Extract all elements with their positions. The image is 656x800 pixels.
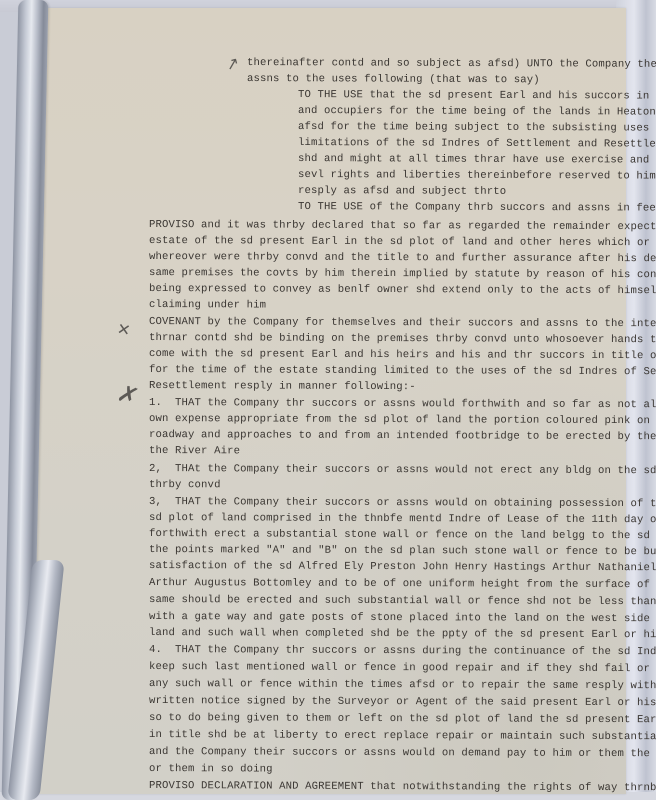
document-line: the points marked "A" and "B" on the sd … [149,544,656,558]
document-line: come with the sd present Earl and his he… [149,348,656,363]
document-line: own expense appropriate from the sd plot… [149,413,656,428]
document-line: for the time of the estate standing limi… [149,364,656,379]
document-line: satisfaction of the sd Alfred Ely Presto… [149,560,656,575]
document-line: resply as afsd and subject thrto [298,185,506,198]
document-line: 4. THAT the Company thr succors or assns… [149,644,656,659]
cross-mark-icon: ✕ [116,321,132,339]
document-line: estate of the sd present Earl in the sd … [149,235,656,249]
document-line: thrby convd [149,479,221,491]
document-line: land and such wall when completed shd be… [149,627,656,641]
document-line: 1. THAT the Company thr succors or assns… [149,397,656,412]
document-line: assns to the uses following (that was to… [247,73,540,86]
document-line: or them in so doing [149,763,273,776]
document-line: so to do being given to them or left on … [149,712,656,727]
document-line: Arthur Augustus Bottomley and to be of o… [149,577,656,592]
tick-mark-icon: ↗ [224,55,241,74]
document-line: PROVISO DECLARATION AND AGREEMENT that n… [149,780,656,795]
document-line: Resettlement resply in manner following:… [149,380,416,393]
document-line: afsd for the time being subject to the s… [298,121,656,135]
document-line: limitations of the sd Indres of Settleme… [298,137,656,151]
document-line: sd plot of land comprised in the thnbfe … [149,512,656,527]
scribble-mark-icon: ✗ [115,380,142,409]
document-line: and occupiers for the time being of the … [298,105,656,119]
document-line: the River Aire [149,445,240,457]
document-line: COVENANT by the Company for themselves a… [149,316,656,331]
document-line: whereover were thrby convd and the title… [149,251,656,266]
document-line: PROVISO and it was thrby declared that s… [149,219,656,234]
document-line: written notice signed by the Surveyor or… [149,695,656,710]
document-line: sevl rights and liberties thereinbefore … [298,169,656,183]
document-line: TO THE USE that the sd present Earl and … [298,89,656,103]
document-line: 3, THAT the Company their succors or ass… [149,496,656,511]
document-line: being expressed to convey as benlf owner… [149,283,656,298]
document-line: thrnar contd shd be binding on the premi… [149,332,656,347]
document-line: roadway and approaches to and from an in… [149,429,656,444]
document-line: 2, THAt the Company their succors or ass… [149,463,656,478]
document-line: same should be erected and such substant… [149,594,656,609]
document-line: TO THE USE of the Company thrb succors a… [298,201,656,215]
document-text: ↗ ✕ ✗ thereinafter contd and so subject … [0,0,656,800]
document-line: keep such last mentioned wall or fence i… [149,661,656,676]
document-line: forthwith erect a substantial stone wall… [149,528,656,543]
document-line: with a gate way and gate posts of stone … [149,611,656,626]
document-line: shd and might at all times thrar have us… [298,153,656,167]
document-line: in title shd be at liberty to erect repl… [149,729,656,744]
document-line: and the Company their succors or assns w… [149,746,656,761]
document-line: thereinafter contd and so subject as afs… [247,57,656,71]
document-line: any such wall or fence within the times … [149,678,656,693]
document-line: claiming under him [149,299,266,312]
document-line: same premises the covts by him therein i… [149,267,656,281]
